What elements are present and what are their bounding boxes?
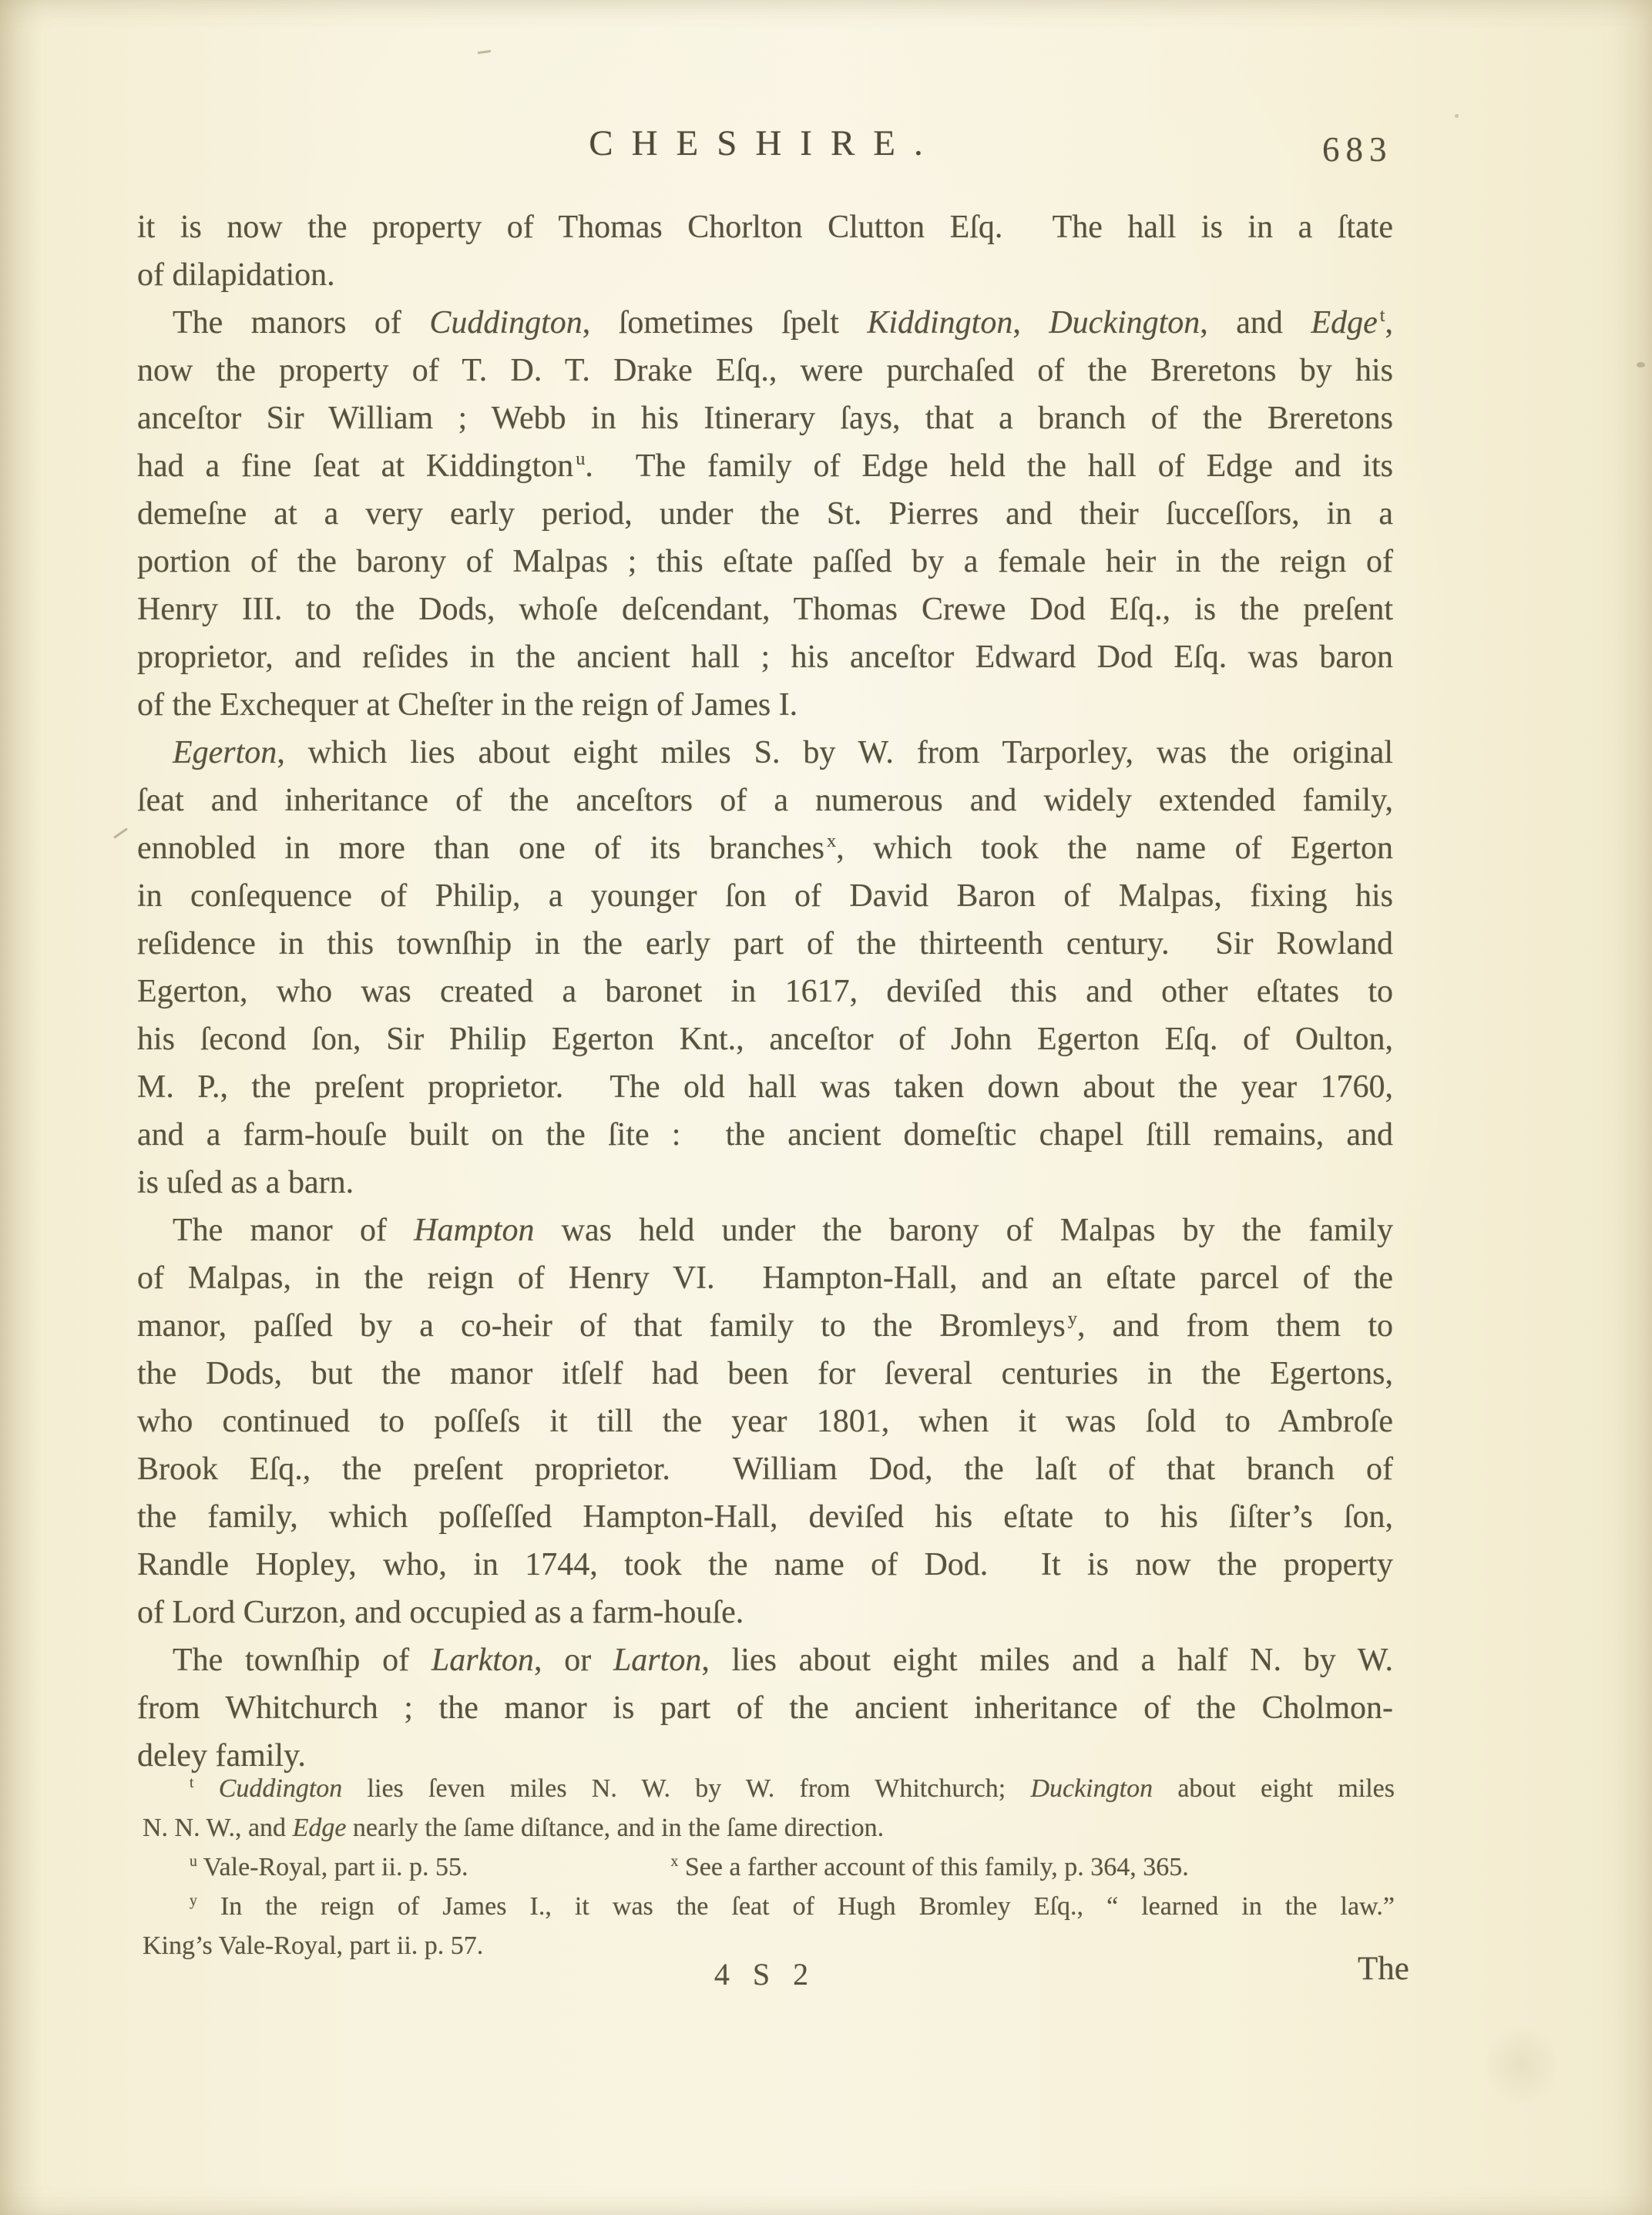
italic-text-run: Edge — [293, 1814, 347, 1842]
text-line: who continued to poſſeſs it till the yea… — [137, 1398, 1393, 1445]
text-run: of Malpas, in the reign of Henry VI. Ham… — [137, 1260, 1393, 1296]
text-run: , lies about eight miles and a half N. b… — [701, 1643, 1393, 1678]
text-run: was held under the barony of Malpas by t… — [534, 1213, 1393, 1248]
italic-text-run: Cuddington — [219, 1774, 343, 1803]
footnote-marker: y — [1068, 1308, 1077, 1329]
text-line: The townſhip of Larkton, or Larton, lies… — [137, 1636, 1393, 1684]
text-line: now the property of T. D. T. Drake Eſq.,… — [137, 347, 1393, 394]
text-run — [193, 1774, 218, 1803]
text-run: Vale-Royal, part ii. p. 55. — [197, 1853, 468, 1881]
book-page: CHESHIRE. 683 it is now the property of … — [0, 0, 1652, 2215]
text-line: is uſed as a barn. — [137, 1159, 1393, 1207]
text-run: , — [1012, 305, 1049, 341]
text-run: , ſometimes ſpelt — [583, 305, 868, 341]
text-run: is uſed as a barn. — [137, 1165, 354, 1200]
text-run: The manors of — [173, 305, 429, 341]
text-run: of the Exchequer at Cheſter in the reign… — [137, 687, 797, 723]
text-line: Egerton, who was created a baronet in 16… — [137, 968, 1393, 1015]
text-line: anceſtor Sir William ; Webb in his Itine… — [137, 394, 1393, 442]
text-line: Randle Hopley, who, in 1744, took the na… — [137, 1541, 1393, 1589]
scan-speck — [1637, 362, 1645, 367]
text-line: the family, which poſſeſſed Hampton-Hall… — [137, 1493, 1393, 1541]
text-line: Egerton, which lies about eight miles S.… — [137, 729, 1393, 777]
text-run: anceſtor Sir William ; Webb in his Itine… — [137, 401, 1393, 436]
printer-signature: 4 S 2 — [137, 1956, 1393, 1992]
text-run: Egerton, who was created a baronet in 16… — [137, 974, 1393, 1009]
text-line: in conſequence of Philip, a younger ſon … — [137, 872, 1393, 920]
text-run: from Whitchurch ; the manor is part of t… — [137, 1690, 1393, 1726]
text-line: of Lord Curzon, and occupied as a farm-h… — [137, 1589, 1393, 1636]
italic-text-run: Larton — [613, 1643, 701, 1678]
text-run: , which took the name of Egerton — [836, 831, 1393, 866]
text-run: Henry III. to the Dods, whoſe deſcendant… — [137, 592, 1393, 627]
text-line: and a farm-houſe built on the ſite : the… — [137, 1111, 1393, 1159]
footnote-marker: x — [827, 831, 836, 851]
text-run: it is now the property of Thomas Chorlto… — [137, 210, 1393, 245]
italic-text-run: Cuddington — [429, 305, 582, 341]
scan-smudge — [1487, 2019, 1556, 2111]
text-line: of dilapidation. — [137, 251, 1393, 299]
text-run: nearly the ſame diſtance, and in the ſam… — [346, 1814, 884, 1842]
italic-text-run: Kiddington — [867, 305, 1012, 341]
text-line: from Whitchurch ; the manor is part of t… — [137, 1684, 1393, 1732]
text-run: had a fine ſeat at Kiddington — [137, 448, 573, 484]
footnote-marker: u — [190, 1853, 197, 1870]
text-run: , or — [534, 1643, 613, 1678]
footnote-line: t Cuddington lies ſeven miles N. W. by W… — [143, 1769, 1395, 1808]
footnote-line: N. N. W., and Edge nearly the ſame diſta… — [143, 1808, 1395, 1848]
text-run: about eight miles — [1153, 1774, 1395, 1803]
italic-text-run: Hampton — [414, 1213, 534, 1248]
scan-speck — [1455, 114, 1459, 118]
text-line: M. P., the preſent proprietor. The old h… — [137, 1063, 1393, 1111]
main-text-block: it is now the property of Thomas Chorlto… — [137, 203, 1393, 1780]
text-run: reſidence in this townſhip in the early … — [137, 926, 1393, 962]
text-run: his ſecond ſon, Sir Philip Egerton Knt.,… — [137, 1022, 1393, 1057]
text-run: Randle Hopley, who, in 1744, took the na… — [137, 1547, 1393, 1582]
text-line: Brook Eſq., the preſent proprietor. Will… — [137, 1445, 1393, 1493]
text-run: portion of the barony of Malpas ; this e… — [137, 544, 1393, 579]
text-line: of the Exchequer at Cheſter in the reign… — [137, 681, 1393, 729]
text-line: it is now the property of Thomas Chorlto… — [137, 203, 1393, 251]
text-run: , which lies about eight miles S. by W. … — [277, 735, 1393, 770]
text-run: , and — [1200, 305, 1311, 341]
italic-text-run: Egerton — [173, 735, 277, 770]
footnote-marker: u — [576, 448, 585, 469]
text-run: , — [1385, 305, 1394, 341]
text-run: The manor of — [173, 1213, 414, 1248]
italic-text-run: Duckington — [1030, 1774, 1153, 1803]
text-run: of Lord Curzon, and occupied as a farm-h… — [137, 1595, 744, 1630]
footnote-line: y In the reign of James I., it was the ſ… — [143, 1887, 1395, 1926]
footnote-block: t Cuddington lies ſeven miles N. W. by W… — [143, 1769, 1395, 1965]
scan-speck — [478, 50, 491, 54]
text-run: . The family of Edge held the hall of Ed… — [585, 448, 1393, 484]
text-line: portion of the barony of Malpas ; this e… — [137, 538, 1393, 586]
text-line: The manors of Cuddington, ſometimes ſpel… — [137, 299, 1393, 347]
text-run: proprietor, and reſides in the ancient h… — [137, 639, 1393, 675]
text-line: manor, paſſed by a co-heir of that famil… — [137, 1302, 1393, 1350]
text-run: ennobled in more than one of its branche… — [137, 831, 824, 866]
footnote-marker: t — [1380, 305, 1385, 326]
text-line: his ſecond ſon, Sir Philip Egerton Knt.,… — [137, 1015, 1393, 1063]
text-run: the family, which poſſeſſed Hampton-Hall… — [137, 1499, 1393, 1535]
text-run: In the reign of James I., it was the ſea… — [197, 1892, 1395, 1921]
text-run: N. N. W., and — [143, 1814, 293, 1842]
text-line: the Dods, but the manor itſelf had been … — [137, 1350, 1393, 1398]
text-line: reſidence in this townſhip in the early … — [137, 920, 1393, 968]
text-run: See a farther account of this family, p.… — [678, 1853, 1189, 1881]
text-line: demeſne at a very early period, under th… — [137, 490, 1393, 538]
text-run: who continued to poſſeſs it till the yea… — [137, 1404, 1393, 1439]
text-run: The townſhip of — [173, 1643, 431, 1678]
text-run: manor, paſſed by a co-heir of that famil… — [137, 1308, 1066, 1344]
text-line: proprietor, and reſides in the ancient h… — [137, 633, 1393, 681]
text-line: The manor of Hampton was held under the … — [137, 1207, 1393, 1254]
text-run: in conſequence of Philip, a younger ſon … — [137, 878, 1393, 914]
footnote-line: u Vale-Royal, part ii. p. 55.x See a far… — [143, 1848, 1395, 1887]
text-line: of Malpas, in the reign of Henry VI. Ham… — [137, 1254, 1393, 1302]
text-run: demeſne at a very early period, under th… — [137, 496, 1393, 532]
text-run: Brook Eſq., the preſent proprietor. Will… — [137, 1451, 1393, 1487]
catchword: The — [1358, 1950, 1409, 1988]
text-run: of dilapidation. — [137, 257, 335, 293]
text-run: ſeat and inheritance of the anceſtors of… — [137, 783, 1393, 818]
text-run: the Dods, but the manor itſelf had been … — [137, 1356, 1393, 1391]
text-run: M. P., the preſent proprietor. The old h… — [137, 1069, 1393, 1105]
footnote-marker: y — [190, 1892, 197, 1909]
italic-text-run: Larkton — [431, 1643, 534, 1678]
text-run: lies ſeven miles N. W. by W. from Whitch… — [342, 1774, 1030, 1803]
italic-text-run: Duckington — [1049, 305, 1200, 341]
text-run: and a farm-houſe built on the ſite : the… — [137, 1117, 1393, 1153]
text-run: now the property of T. D. T. Drake Eſq.,… — [137, 353, 1393, 388]
running-head-title: CHESHIRE. — [137, 122, 1393, 164]
text-line: Henry III. to the Dods, whoſe deſcendant… — [137, 586, 1393, 633]
page-number: 683 — [1322, 129, 1393, 169]
text-run: , and from them to — [1077, 1308, 1393, 1344]
text-line: ennobled in more than one of its branche… — [137, 824, 1393, 872]
italic-text-run: Edge — [1311, 305, 1377, 341]
footnote-marker: x — [670, 1853, 678, 1870]
text-line: had a fine ſeat at Kiddingtonu. The fami… — [137, 442, 1393, 490]
scan-speck — [113, 827, 128, 839]
text-line: ſeat and inheritance of the anceſtors of… — [137, 777, 1393, 824]
